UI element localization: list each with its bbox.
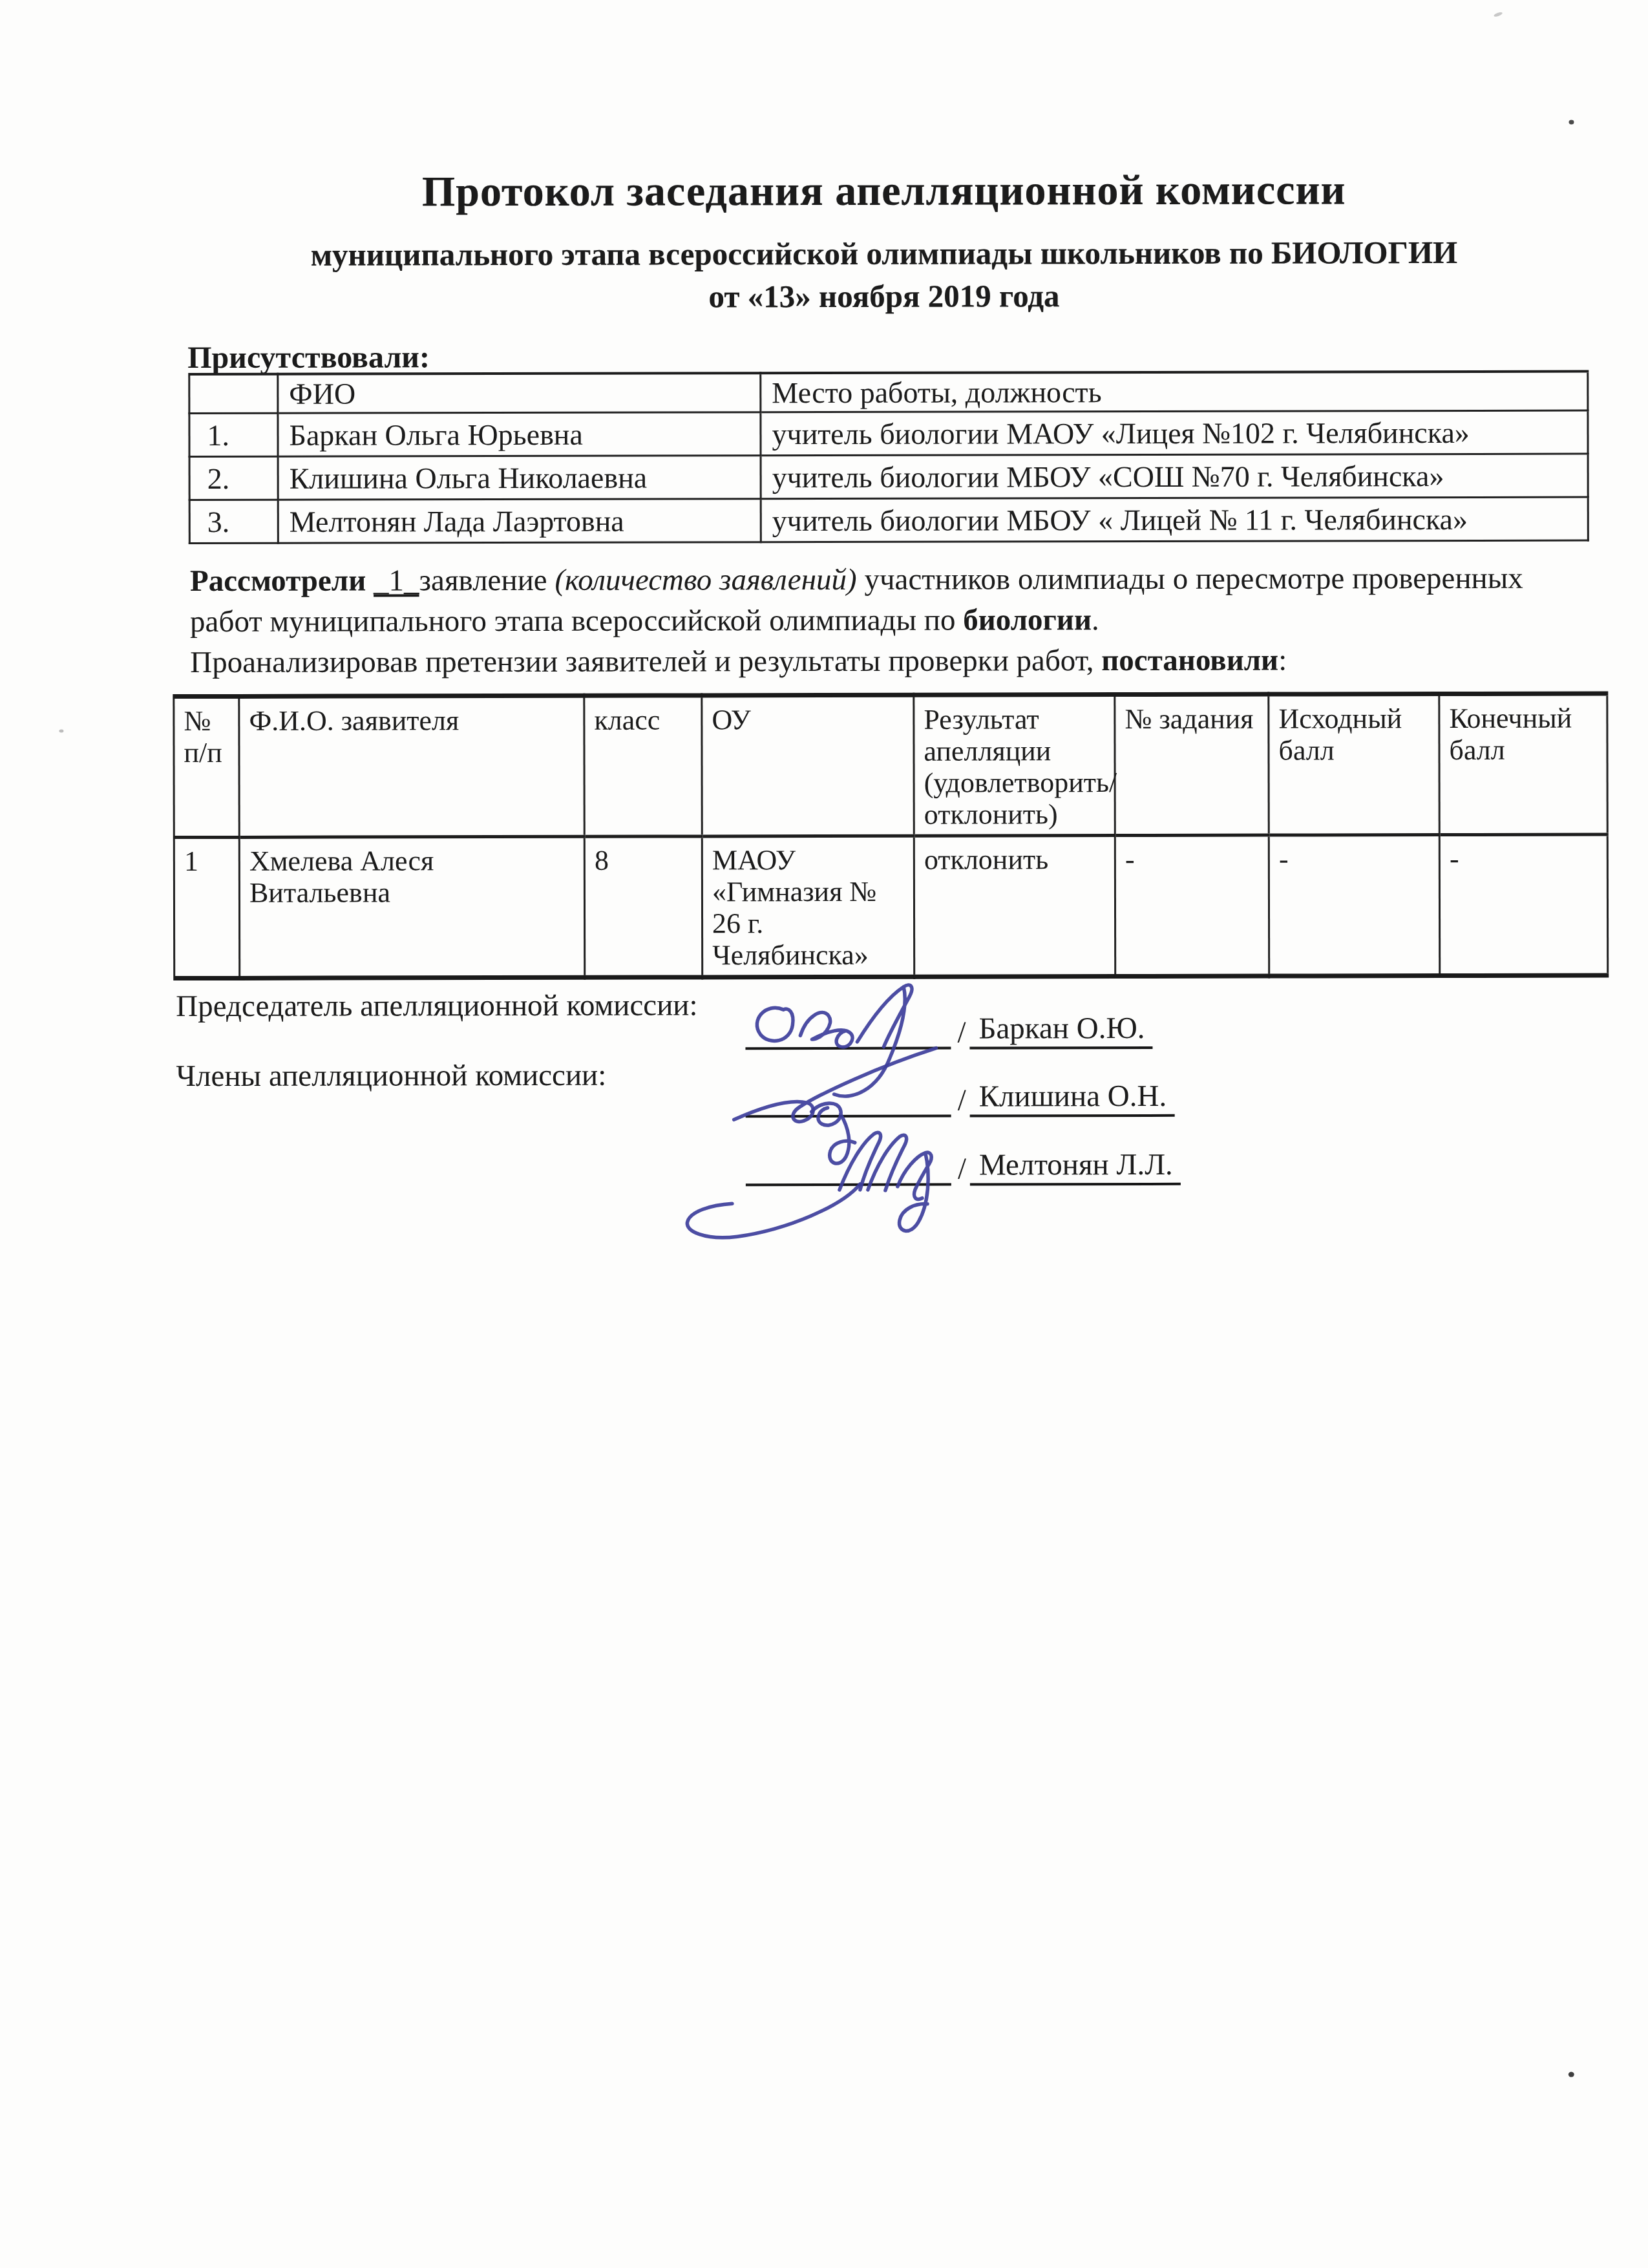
- table-cell: Клишина Ольга Николаевна: [278, 456, 761, 500]
- table-cell: № п/п: [174, 696, 239, 837]
- signer-name: Баркан О.Ю.: [969, 1012, 1152, 1050]
- table-cell: -: [1269, 835, 1439, 977]
- table-row: 2. Клишина Ольга Николаевна учитель биол…: [189, 454, 1588, 500]
- table-cell: Хмелева Алеся Витальевна: [239, 836, 584, 978]
- table-cell: № задания: [1115, 694, 1269, 835]
- scan-speck: [1569, 2072, 1574, 2077]
- table-cell: -: [1115, 835, 1269, 976]
- table-cell: 3.: [189, 500, 278, 543]
- applications-count: _1_: [374, 564, 419, 597]
- signature-row: / Баркан О.Ю.: [745, 1012, 1152, 1050]
- results-table: № п/п Ф.И.О. заявителя класс ОУ Результа…: [173, 691, 1609, 980]
- table-cell: 2.: [189, 456, 278, 500]
- table-cell: Ф.И.О. заявителя: [239, 695, 584, 837]
- table-cell: Исходный балл: [1269, 694, 1439, 836]
- paper-sheet: Протокол заседания апелляционной комисси…: [0, 0, 1648, 2268]
- members-label: Члены апелляционной комиссии:: [176, 1058, 606, 1094]
- chair-label: Председатель апелляционной комиссии:: [176, 988, 697, 1024]
- considered-paragraph: Рассмотрели _1_заявление (количество зая…: [190, 558, 1573, 683]
- paragraph-segment: :: [1278, 643, 1287, 677]
- table-cell: 1.: [189, 413, 278, 456]
- table-cell: учитель биологии МАОУ «Лицея №102 г. Чел…: [761, 410, 1588, 456]
- signer-name: Клишина О.Н.: [970, 1079, 1175, 1118]
- table-cell: -: [1439, 834, 1607, 976]
- scan-speck: [1494, 12, 1503, 18]
- signature-stroke: [687, 1184, 860, 1238]
- page-subtitle: муниципального этапа всероссийской олимп…: [173, 231, 1595, 319]
- table-cell: Мелтонян Лада Лаэртовна: [278, 499, 761, 544]
- present-table: ФИО Место работы, должность 1. Баркан Ол…: [188, 370, 1589, 545]
- signature-row: / Клишина О.Н.: [746, 1079, 1175, 1118]
- paragraph-segment: постановили: [1101, 644, 1278, 678]
- table-row: 3. Мелтонян Лада Лаэртовна учитель биоло…: [189, 497, 1588, 544]
- table-cell: класс: [584, 695, 702, 836]
- present-label: Присутствовали:: [187, 339, 430, 376]
- page-title: Протокол заседания апелляционной комисси…: [173, 165, 1595, 217]
- table-cell: 1: [174, 837, 239, 978]
- table-header-row: ФИО Место работы, должность: [189, 372, 1588, 414]
- table-cell: отклонить: [914, 836, 1115, 977]
- slash-separator: /: [958, 1152, 966, 1186]
- paragraph-segment: (количество заявлений): [555, 563, 856, 597]
- scanned-protocol-page: Протокол заседания апелляционной комисси…: [0, 0, 1648, 2268]
- table-cell: Результат апелляции (удовлетворить/ откл…: [914, 695, 1115, 836]
- table-row: 1 Хмелева Алеся Витальевна 8 МАОУ «Гимна…: [174, 834, 1607, 979]
- signature-row: / Мелтонян Л.Л.: [746, 1148, 1181, 1186]
- table-cell: ОУ: [702, 695, 914, 836]
- table-cell: Место работы, должность: [761, 372, 1588, 412]
- table-cell: [189, 374, 278, 414]
- table-cell: МАОУ «Гимназия № 26 г. Челябинска»: [702, 836, 914, 977]
- table-cell: учитель биологии МБОУ « Лицей № 11 г. Че…: [761, 497, 1588, 542]
- signer-name: Мелтонян Л.Л.: [970, 1148, 1181, 1186]
- signature-line: [745, 1011, 951, 1050]
- slash-separator: /: [958, 1084, 966, 1118]
- signature-line: [746, 1147, 951, 1187]
- table-header-row: № п/п Ф.И.О. заявителя класс ОУ Результа…: [174, 694, 1607, 838]
- table-cell: ФИО: [278, 373, 761, 413]
- subject-name: биологии: [963, 603, 1092, 637]
- table-row: 1. Баркан Ольга Юрьевна учитель биологии…: [189, 410, 1588, 457]
- paragraph-segment: заявление: [419, 564, 555, 597]
- signature-line: [746, 1079, 951, 1118]
- scan-speck: [59, 729, 63, 732]
- table-cell: учитель биологии МБОУ «СОШ №70 г. Челяби…: [761, 454, 1588, 499]
- paragraph-segment: Рассмотрели: [190, 564, 374, 598]
- scan-speck: [1569, 120, 1574, 125]
- table-cell: Конечный балл: [1439, 694, 1607, 835]
- table-cell: 8: [584, 836, 702, 977]
- table-cell: Баркан Ольга Юрьевна: [278, 412, 761, 457]
- slash-separator: /: [957, 1016, 966, 1050]
